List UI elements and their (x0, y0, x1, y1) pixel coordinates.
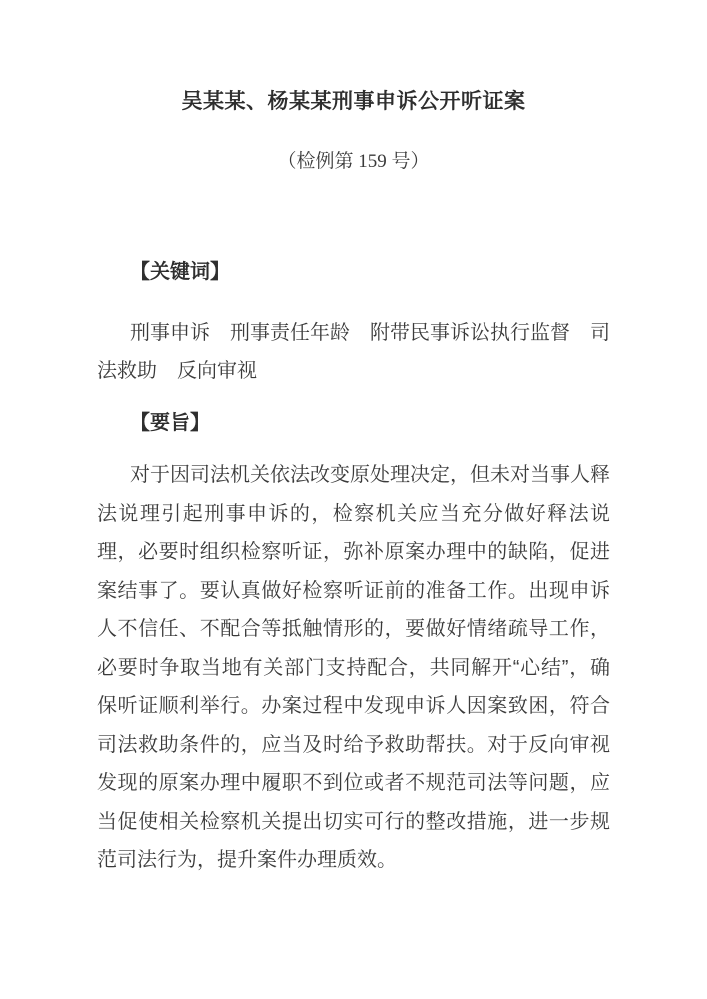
document-content: 吴某某、杨某某刑事申诉公开听证案 （检例第 159 号） 【关键词】 刑事申诉 … (0, 0, 707, 880)
summary-heading: 【要旨】 (97, 404, 610, 443)
case-number: （检例第 159 号） (97, 147, 610, 177)
case-title: 吴某某、杨某某刑事申诉公开听证案 (97, 87, 610, 117)
keywords-list: 刑事申诉 刑事责任年龄 附带民事诉讼执行监督 司法救助 反向审视 (97, 314, 610, 391)
summary-body: 对于因司法机关依法改变原处理决定，但未对当事人释法说理引起刑事申诉的，检察机关应… (97, 456, 610, 880)
keywords-heading: 【关键词】 (97, 253, 610, 292)
document-page: 吴某某、杨某某刑事申诉公开听证案 （检例第 159 号） 【关键词】 刑事申诉 … (0, 0, 707, 999)
